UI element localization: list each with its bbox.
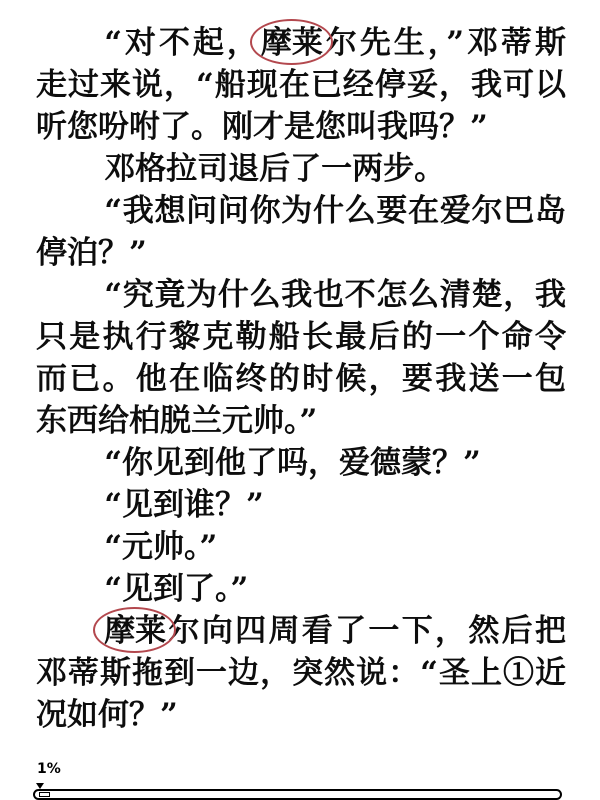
text-segment: 邓格拉司退后了一两步。 — [104, 151, 445, 187]
progress-scrollbar[interactable] — [33, 789, 562, 800]
reader-page: “对不起，摩莱尔先生，”邓蒂斯走过来说，“船现在已经停妥，我可以听您吩咐了。刚才… — [0, 0, 600, 800]
text-line: “元帅。” — [36, 526, 566, 568]
text-segment: 尔先生，”邓蒂斯 — [323, 25, 566, 61]
text-line: “见到了。” — [36, 568, 566, 610]
text-line: “对不起，摩莱尔先生，”邓蒂斯 — [36, 22, 566, 64]
text-line: 停泊？” — [36, 232, 566, 274]
text-line: “我想问问你为什么要在爱尔巴岛 — [36, 190, 566, 232]
text-line: 东西给柏脱兰元帅。” — [36, 400, 566, 442]
text-segment: “见到谁？” — [104, 487, 264, 523]
progress-thumb[interactable] — [39, 792, 50, 797]
text-segment: 尔向四周看了一下，然后把 — [166, 613, 566, 649]
text-segment: 只是执行黎克勒船长最后的一个命令 — [36, 319, 566, 355]
annotation-circle: 摩莱 — [261, 22, 323, 64]
text-segment: “见到了。” — [104, 571, 248, 607]
text-line: 邓格拉司退后了一两步。 — [36, 148, 566, 190]
text-line: 听您吩咐了。刚才是您叫我吗？” — [36, 106, 566, 148]
text-segment: 走过来说，“船现在已经停妥，我可以 — [36, 67, 566, 103]
text-segment: 听您吩咐了。刚才是您叫我吗？” — [36, 109, 488, 145]
text-line: 只是执行黎克勒船长最后的一个命令 — [36, 316, 566, 358]
text-line: “你见到他了吗，爱德蒙？” — [36, 442, 566, 484]
text-line: “究竟为什么我也不怎么清楚，我 — [36, 274, 566, 316]
text-segment: 而已。他在临终的时候，要我送一包 — [36, 361, 566, 397]
text-segment: 东西给柏脱兰元帅。” — [36, 403, 317, 439]
text-segment: 停泊？” — [36, 235, 147, 271]
text-segment: “元帅。” — [104, 529, 217, 565]
text-segment: “对不起， — [104, 25, 261, 61]
text-line: 摩莱尔向四周看了一下，然后把 — [36, 610, 566, 652]
text-line: 走过来说，“船现在已经停妥，我可以 — [36, 64, 566, 106]
text-line: 而已。他在临终的时候，要我送一包 — [36, 358, 566, 400]
text-line: “见到谁？” — [36, 484, 566, 526]
book-text: “对不起，摩莱尔先生，”邓蒂斯走过来说，“船现在已经停妥，我可以听您吩咐了。刚才… — [36, 22, 566, 736]
progress-percent: 1% — [37, 761, 61, 777]
text-segment: “你见到他了吗，爱德蒙？” — [104, 445, 481, 481]
annotation-circle: 摩莱 — [104, 610, 166, 652]
text-line: 况如何？” — [36, 694, 566, 736]
text-segment: “究竟为什么我也不怎么清楚，我 — [104, 277, 566, 313]
text-segment: 邓蒂斯拖到一边，突然说：“圣上①近 — [36, 655, 566, 691]
text-line: 邓蒂斯拖到一边，突然说：“圣上①近 — [36, 652, 566, 694]
text-segment: 况如何？” — [36, 697, 178, 733]
text-segment: “我想问问你为什么要在爱尔巴岛 — [104, 193, 566, 229]
